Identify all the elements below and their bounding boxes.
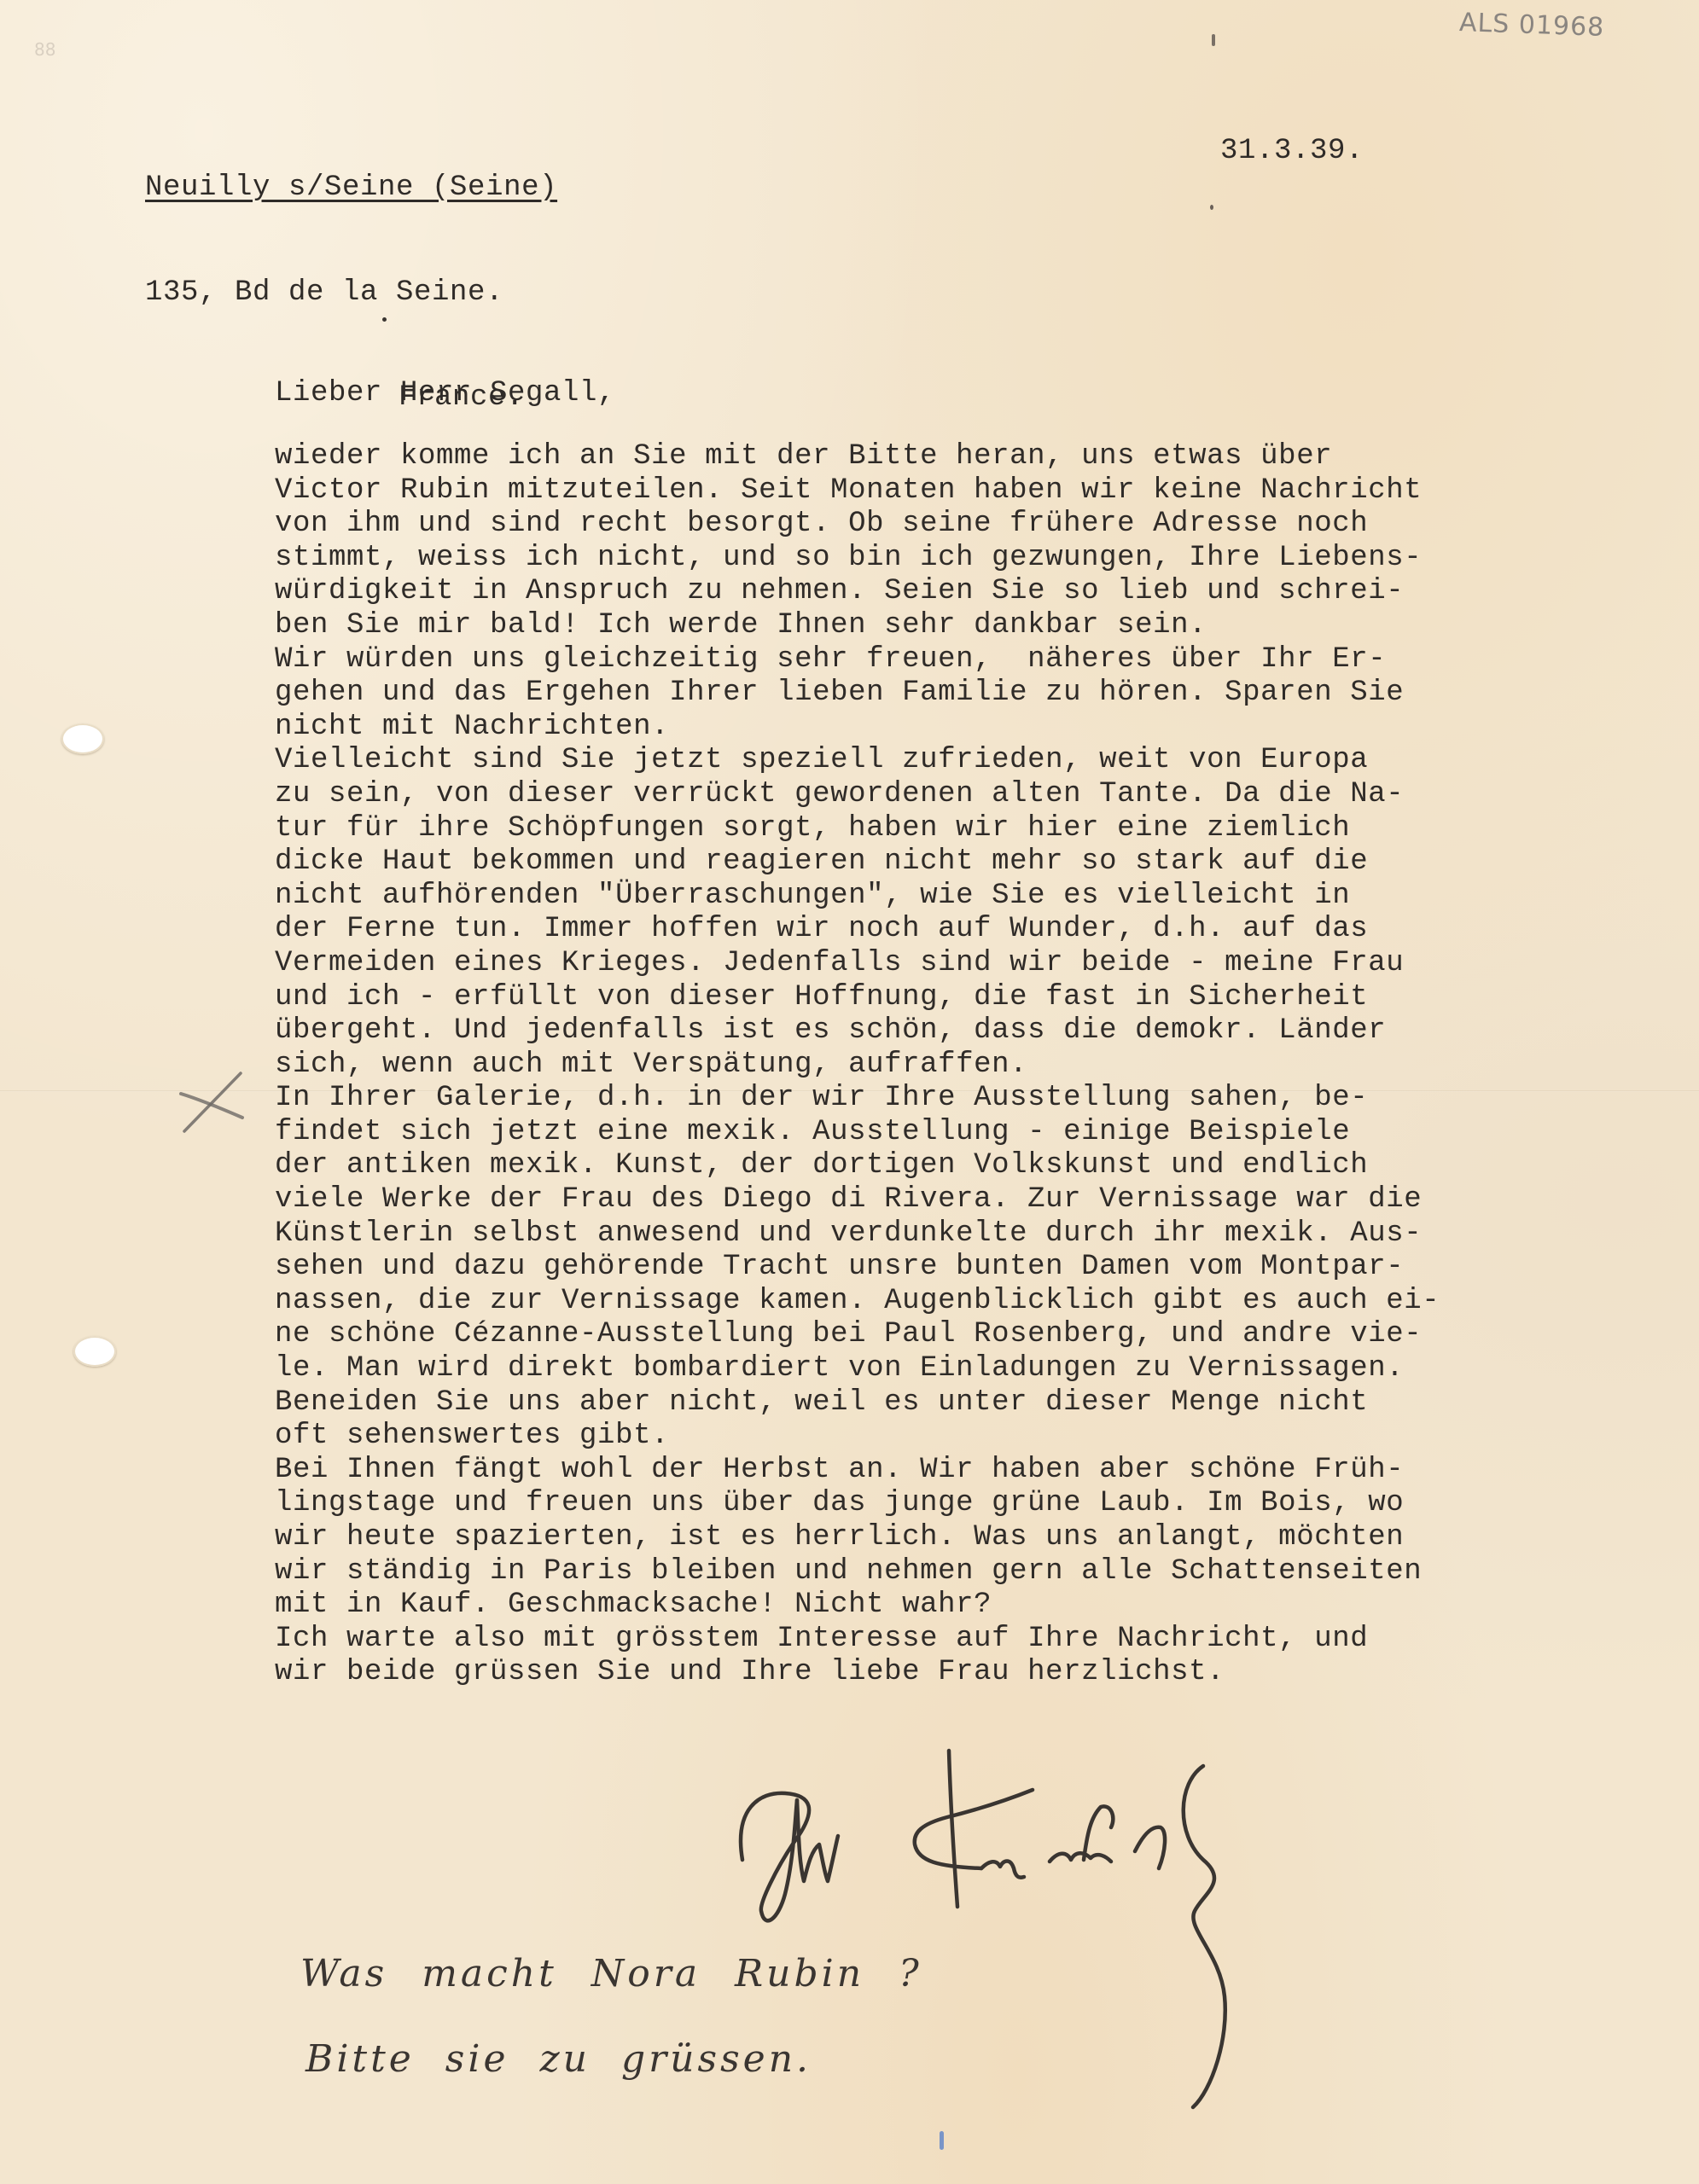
body-line: ne schöne Cézanne-Ausstellung bei Paul R… [275,1318,1440,1352]
body-line: zu sein, von dieser verrückt gewordenen … [275,778,1440,812]
ink-speck [382,317,387,322]
handwritten-signature: Ihr Kandinsky [725,1732,1510,2141]
body-line: Bei Ihnen fängt wohl der Herbst an. Wir … [275,1454,1440,1488]
salutation: Lieber Herr Segall, [275,377,615,411]
body-line: stimmt, weiss ich nicht, und so bin ich … [275,542,1440,576]
body-line: sich, wenn auch mit Verspätung, aufraffe… [275,1048,1440,1083]
body-line: übergeht. Und jedenfalls ist es schön, d… [275,1014,1440,1048]
body-line: der antiken mexik. Kunst, der dortigen V… [275,1149,1440,1183]
body-line: Vermeiden eines Krieges. Jedenfalls sind… [275,947,1440,981]
postscript-line-2: Bitte sie zu grüssen. [305,2037,812,2081]
body-line: sehen und dazu gehörende Tracht unsre bu… [275,1251,1440,1285]
body-line: wir beide grüssen Sie und Ihre liebe Fra… [275,1656,1440,1690]
pencil-x-mark-icon [177,1066,246,1135]
ink-speck [940,2131,944,2150]
body-line: tur für ihre Schöpfungen sorgt, haben wi… [275,812,1440,846]
punch-hole [73,1336,116,1367]
body-line: der Ferne tun. Immer hoffen wir noch auf… [275,913,1440,947]
body-line: mit in Kauf. Geschmacksache! Nicht wahr? [275,1589,1440,1623]
body-line: oft sehenswertes gibt. [275,1420,1440,1454]
body-line: Wir würden uns gleichzeitig sehr freuen,… [275,643,1440,677]
body-line: Beneiden Sie uns aber nicht, weil es unt… [275,1386,1440,1420]
body-line: wir ständig in Paris bleiben und nehmen … [275,1555,1440,1589]
body-line: nicht aufhörenden "Überraschungen", wie … [275,880,1440,914]
postscript-line-1: Was macht Nora Rubin ? [300,1952,922,1995]
body-line: viele Werke der Frau des Diego di Rivera… [275,1183,1440,1217]
body-line: von ihm und sind recht besorgt. Ob seine… [275,508,1440,542]
body-line: nicht mit Nachrichten. [275,711,1440,745]
body-line: findet sich jetzt eine mexik. Ausstellun… [275,1116,1440,1150]
punch-hole [61,723,104,754]
body-line: dicke Haut bekommen und reagieren nicht … [275,845,1440,880]
ink-speck [1210,205,1213,210]
body-line: In Ihrer Galerie, d.h. in der wir Ihre A… [275,1082,1440,1116]
body-line: Künstlerin selbst anwesend und verdunkel… [275,1217,1440,1252]
body-line: le. Man wird direkt bombardiert von Einl… [275,1352,1440,1386]
body-line: ben Sie mir bald! Ich werde Ihnen sehr d… [275,609,1440,643]
sender-address: Neuilly s/Seine (Seine) 135, Bd de la Se… [145,101,557,485]
body-line: und ich - erfüllt von dieser Hoffnung, d… [275,981,1440,1015]
body-line: Victor Rubin mitzuteilen. Seit Monaten h… [275,474,1440,508]
body-line: Vielleicht sind Sie jetzt speziell zufri… [275,744,1440,778]
archive-id-pencil-note: ALS 01968 [1458,8,1604,43]
body-line: wieder komme ich an Sie mit der Bitte he… [275,440,1440,474]
body-line: gehen und das Ergehen Ihrer lieben Famil… [275,677,1440,711]
body-line: nassen, die zur Vernissage kamen. Augenb… [275,1285,1440,1319]
body-line: würdigkeit in Anspruch zu nehmen. Seien … [275,575,1440,609]
ink-speck [1212,34,1215,46]
address-line-street: 135, Bd de la Seine. [145,276,557,311]
letter-body: wieder komme ich an Sie mit der Bitte he… [275,440,1440,1690]
letter-date: 31.3.39. [1220,135,1364,169]
body-line: wir heute spazierten, ist es herrlich. W… [275,1521,1440,1555]
body-line: lingstage und freuen uns über das junge … [275,1487,1440,1521]
faint-page-mark: 88 [34,39,55,60]
body-line: Ich warte also mit grösstem Interesse au… [275,1623,1440,1657]
address-line-city: Neuilly s/Seine (Seine) [145,171,557,206]
